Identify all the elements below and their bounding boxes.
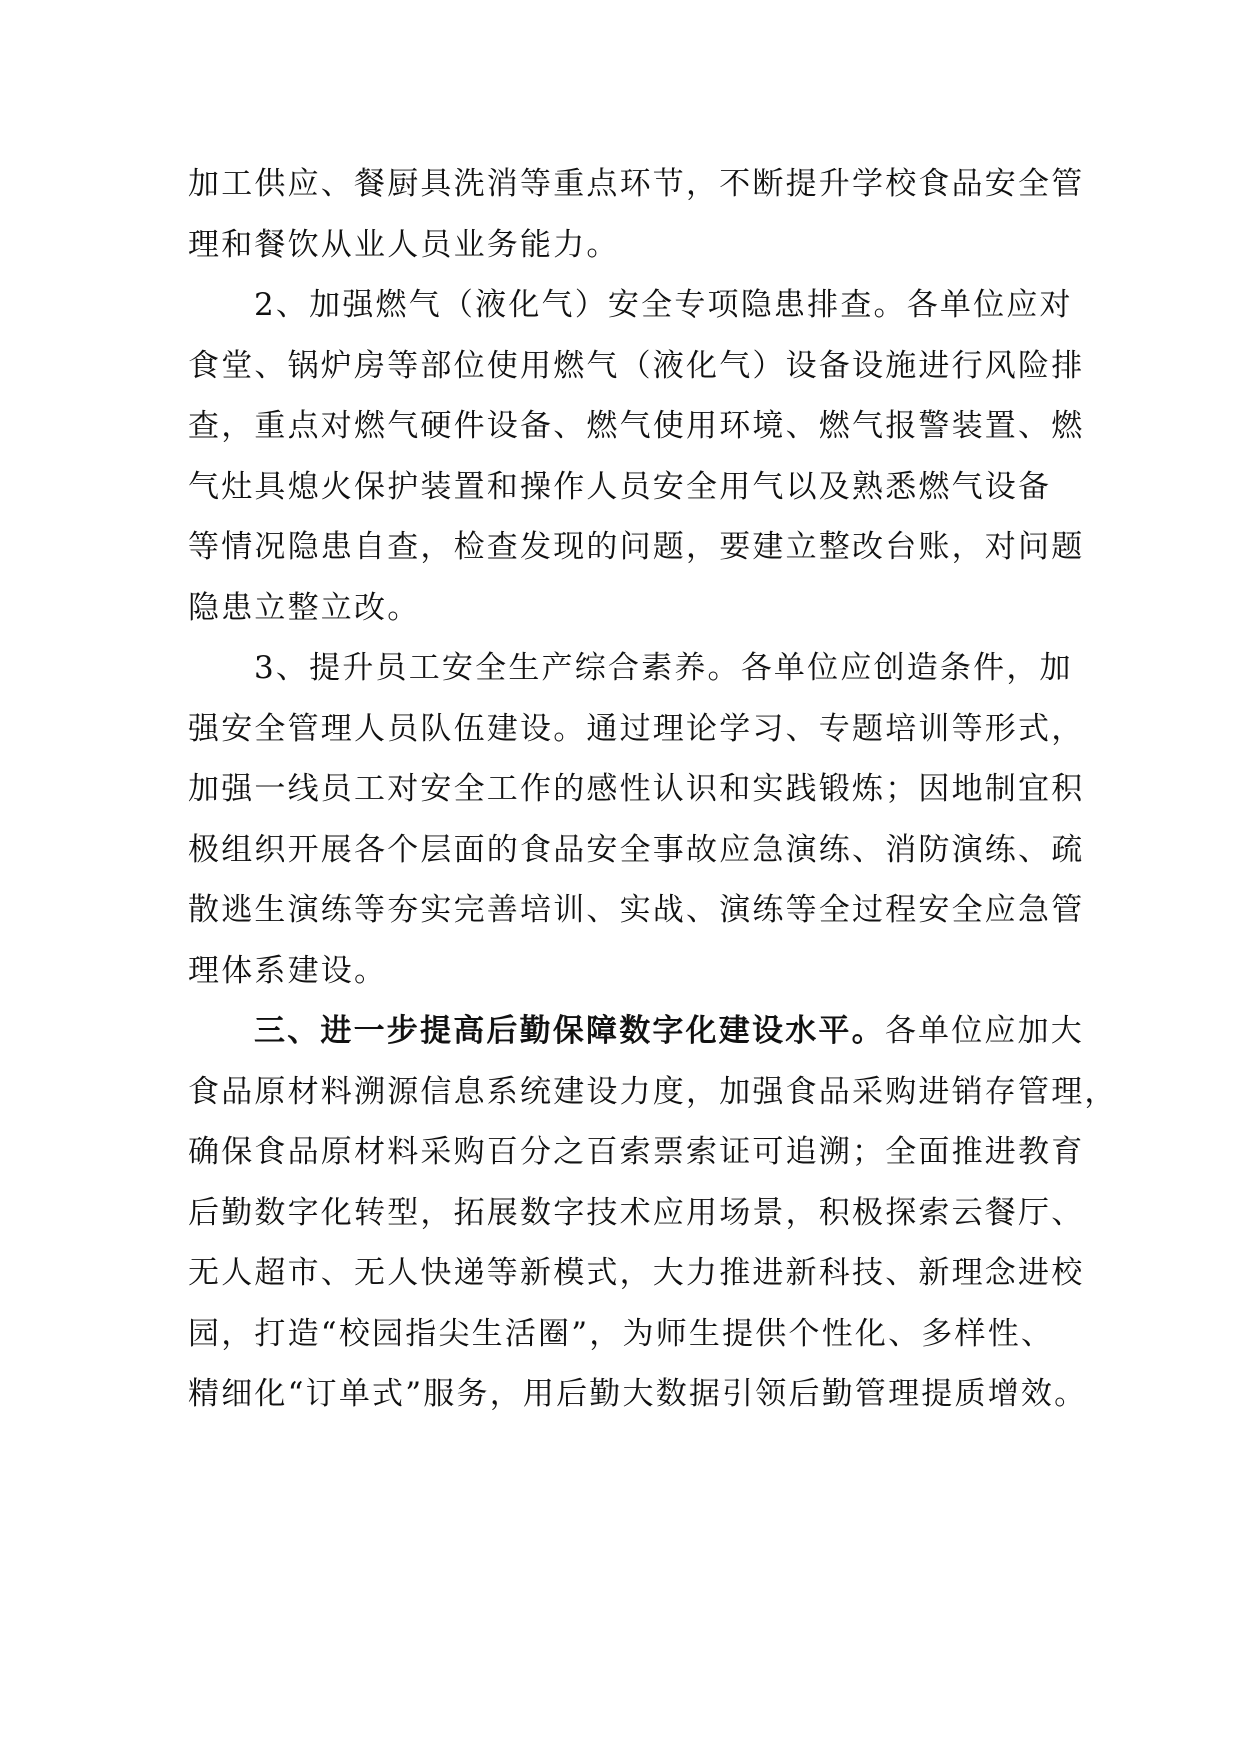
- text-line: 三、进一步提高后勤保障数字化建设水平。各单位应加大: [188, 1001, 1088, 1062]
- document-page: 加工供应、餐厨具洗消等重点环节，不断提升学校食品安全管 理和餐饮从业人员业务能力…: [188, 154, 1088, 1425]
- text-line: 食品原材料溯源信息系统建设力度，加强食品采购进销存管理，: [188, 1062, 1088, 1123]
- text-line: 隐患立整立改。: [188, 578, 1088, 639]
- text-line: 强安全管理人员队伍建设。通过理论学习、专题培训等形式，: [188, 699, 1088, 760]
- text-line: 精细化“订单式”服务，用后勤大数据引领后勤管理提质增效。: [188, 1364, 1088, 1425]
- text-line: 2、加强燃气（液化气）安全专项隐患排查。各单位应对: [188, 275, 1088, 336]
- paragraph-staff-safety-quality: 3、提升员工安全生产综合素养。各单位应创造条件，加 强安全管理人员队伍建设。通过…: [188, 638, 1088, 1001]
- text-line: 后勤数字化转型，拓展数字技术应用场景，积极探索云餐厅、: [188, 1183, 1088, 1244]
- text-line: 查，重点对燃气硬件设备、燃气使用环境、燃气报警装置、燃: [188, 396, 1088, 457]
- paragraph-gas-safety: 2、加强燃气（液化气）安全专项隐患排查。各单位应对 食堂、锅炉房等部位使用燃气（…: [188, 275, 1088, 638]
- text-line: 无人超市、无人快递等新模式，大力推进新科技、新理念进校: [188, 1243, 1088, 1304]
- text-line: 气灶具熄火保护装置和操作人员安全用气以及熟悉燃气设备: [188, 457, 1088, 518]
- text-line: 加工供应、餐厨具洗消等重点环节，不断提升学校食品安全管: [188, 154, 1088, 215]
- text-line: 确保食品原材料采购百分之百索票索证可追溯；全面推进教育: [188, 1122, 1088, 1183]
- text-line: 极组织开展各个层面的食品安全事故应急演练、消防演练、疏: [188, 820, 1088, 881]
- text-line: 加强一线员工对安全工作的感性认识和实践锻炼；因地制宜积: [188, 759, 1088, 820]
- text-line: 3、提升员工安全生产综合素养。各单位应创造条件，加: [188, 638, 1088, 699]
- text-line: 食堂、锅炉房等部位使用燃气（液化气）设备设施进行风险排: [188, 336, 1088, 397]
- paragraph-digitalization: 三、进一步提高后勤保障数字化建设水平。各单位应加大 食品原材料溯源信息系统建设力…: [188, 1001, 1088, 1425]
- section-heading: 三、进一步提高后勤保障数字化建设水平。: [254, 1013, 885, 1049]
- text-run: 各单位应加大: [885, 1013, 1084, 1049]
- text-line: 散逃生演练等夯实完善培训、实战、演练等全过程安全应急管: [188, 880, 1088, 941]
- text-line: 理体系建设。: [188, 941, 1088, 1002]
- text-line: 园，打造“校园指尖生活圈”，为师生提供个性化、多样性、: [188, 1304, 1088, 1365]
- text-line: 理和餐饮从业人员业务能力。: [188, 215, 1088, 276]
- text-line: 等情况隐患自查，检查发现的问题，要建立整改台账，对问题: [188, 517, 1088, 578]
- paragraph-food-safety-continuation: 加工供应、餐厨具洗消等重点环节，不断提升学校食品安全管 理和餐饮从业人员业务能力…: [188, 154, 1088, 275]
